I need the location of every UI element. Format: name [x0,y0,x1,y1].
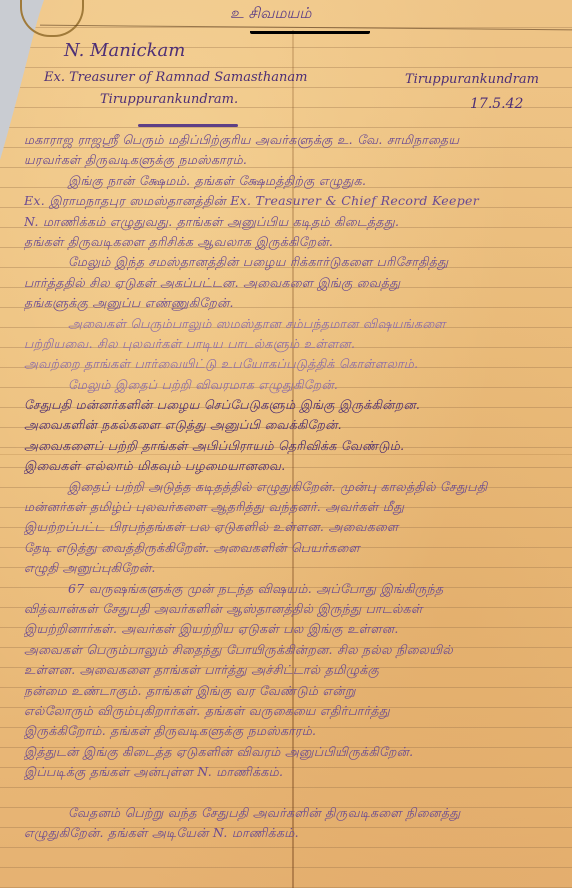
body-line: இதைப் பற்றி அடுத்த கடிதத்தில் எழுதுகிறேன… [24,477,564,497]
body-line: அவைகளைப் பற்றி தாங்கள் அபிப்பிராயம் தெரி… [24,436,564,456]
body-line: உள்ளன. அவைகளை தாங்கள் பார்த்து அச்சிட்டா… [24,660,564,680]
body-line: மகாராஜ ராஜஸ்ரீ பெரும் மதிப்பிற்குரிய அவர… [24,130,564,150]
body-line: அவைகள் பெரும்பாலும் சிதைந்து போயிருக்கின… [24,640,564,660]
body-line: எழுதி அனுப்புகிறேன். [24,558,564,578]
body-line: இயற்றப்பட்ட பிரபந்தங்கள் பல ஏடுகளில் உள்… [24,517,564,537]
body-line: இங்கு நான் க்ஷேமம். தங்கள் க்ஷேமத்திற்கு… [24,171,564,191]
body-line: மேலும் இந்த சமஸ்தானத்தின் பழைய ரிக்கார்ட… [24,252,564,272]
body-line: யரவர்கள் திருவடிகளுக்கு நமஸ்காரம். [24,150,564,170]
body-line: வித்வான்கள் சேதுபதி அவர்களின் ஆஸ்தானத்தி… [24,599,564,619]
body-line: மேலும் இதைப் பற்றி விவரமாக எழுதுகிறேன். [24,375,564,395]
body-line: இருக்கிறோம். தங்கள் திருவடிகளுக்கு நமஸ்க… [24,721,564,741]
body-line: நன்மை உண்டாகும். தாங்கள் இங்கு வர வேண்டு… [24,681,564,701]
body-line: சேதுபதி மன்னர்களின் பழைய செப்பேடுகளும் இ… [24,395,564,415]
body-line: N. மாணிக்கம் எழுதுவது. தாங்கள் அனுப்பிய … [24,212,564,232]
sender-address-line-1: Ex. Treasurer of Ramnad Samasthanam [44,70,307,85]
body-line: இயற்றினார்கள். அவர்கள் இயற்றிய ஏடுகள் பல… [24,619,564,639]
body-line: பார்த்ததில் சில ஏடுகள் அகப்பட்டன. அவைகளை… [24,273,564,293]
body-line: அவைகள் பெரும்பாலும் ஸமஸ்தான சம்பந்தமான வ… [24,314,564,334]
body-line: 67 வருஷங்களுக்கு முன் நடந்த விஷயம். அப்ப… [24,579,564,599]
body-line: இவைகள் எல்லாம் மிகவும் பழமையானவை. [24,456,564,476]
body-line: பற்றியவை. சில புலவர்கள் பாடிய பாடல்களும்… [24,334,564,354]
body-line: தங்களுக்கு அனுப்ப எண்ணுகிறேன். [24,293,564,313]
body-line: இத்துடன் இங்கு கிடைத்த ஏடுகளின் விவரம் அ… [24,742,564,762]
body-line: எழுதுகிறேன். தங்கள் அடியேன் N. மாணிக்கம்… [24,823,564,843]
address-underline [138,124,238,127]
letter-date: 17.5.42 [470,96,523,112]
body-line: இப்படிக்கு தங்கள் அன்புள்ள N. மாணிக்கம். [24,762,564,782]
body-line: அவற்றை தாங்கள் பார்வையிட்டு உபயோகப்படுத்… [24,354,564,374]
sender-name: N. Manickam [64,40,185,61]
body-line [24,783,564,803]
letter-place: Tiruppurankundram [405,72,539,87]
letter-body: மகாராஜ ராஜஸ்ரீ பெரும் மதிப்பிற்குரிய அவர… [24,130,564,844]
body-line: மன்னர்கள் தமிழ்ப் புலவர்களை ஆதரித்து வந்… [24,497,564,517]
body-line: அவைகளின் நகல்களை எடுத்து அனுப்பி வைக்கிற… [24,415,564,435]
body-line: தேடி எடுத்து வைத்திருக்கிறேன். அவைகளின் … [24,538,564,558]
body-line: Ex. இராமநாதபுர ஸமஸ்தானத்தின் Ex. Treasur… [24,191,564,211]
body-line: எல்லோரும் விரும்புகிறார்கள். தங்கள் வருக… [24,701,564,721]
heading-underline [250,27,370,34]
letter-heading: உ சிவமயம் [230,4,311,24]
sender-address-line-2: Tiruppurankundram. [100,92,238,107]
body-line: தங்கள் திருவடிகளை தரிசிக்க ஆவலாக இருக்கி… [24,232,564,252]
body-line: வேதனம் பெற்று வந்த சேதுபதி அவர்களின் திர… [24,803,564,823]
